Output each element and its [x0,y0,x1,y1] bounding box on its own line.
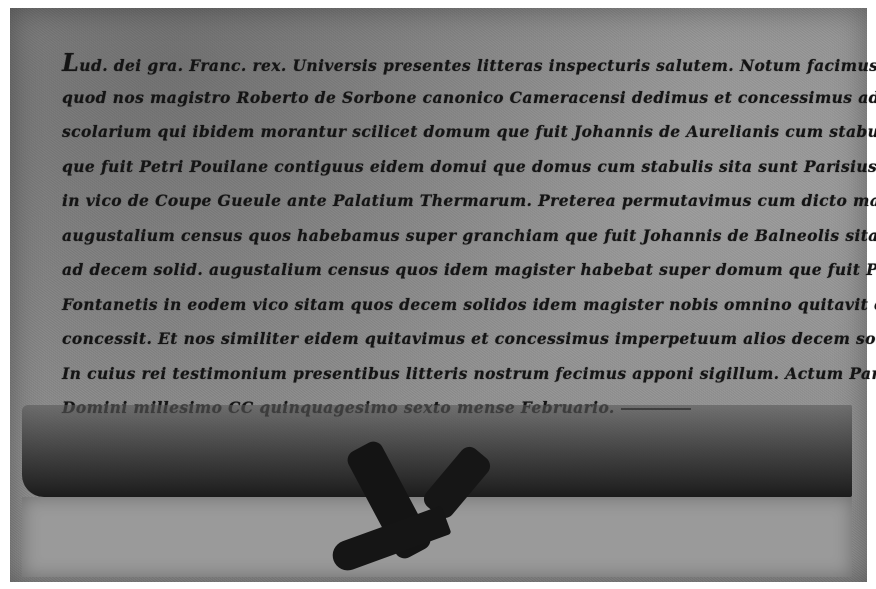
text-line-4: que fuit Petri Pouilane contiguus eidem … [62,150,852,185]
text-line-8: Fontanetis in eodem vico sitam quos dece… [62,288,852,323]
text-line-10: In cuius rei testimonium presentibus lit… [62,357,852,392]
text-line-7: ad decem solid. augustalium census quos … [62,253,852,288]
text-line-5: in vico de Coupe Gueule ante Palatium Th… [62,184,852,219]
charter-text: Lud. dei gra. Franc. rex. Universis pres… [62,46,852,426]
text-line-2: quod nos magistro Roberto de Sorbone can… [62,81,852,116]
text-line-9: concessit. Et nos similiter eidem quitav… [62,322,852,357]
text-line-1: Lud. dei gra. Franc. rex. Universis pres… [62,46,852,81]
text-line-6: augustalium census quos habebamus super … [62,219,852,254]
text-line-3: scolarium qui ibidem morantur scilicet d… [62,115,852,150]
